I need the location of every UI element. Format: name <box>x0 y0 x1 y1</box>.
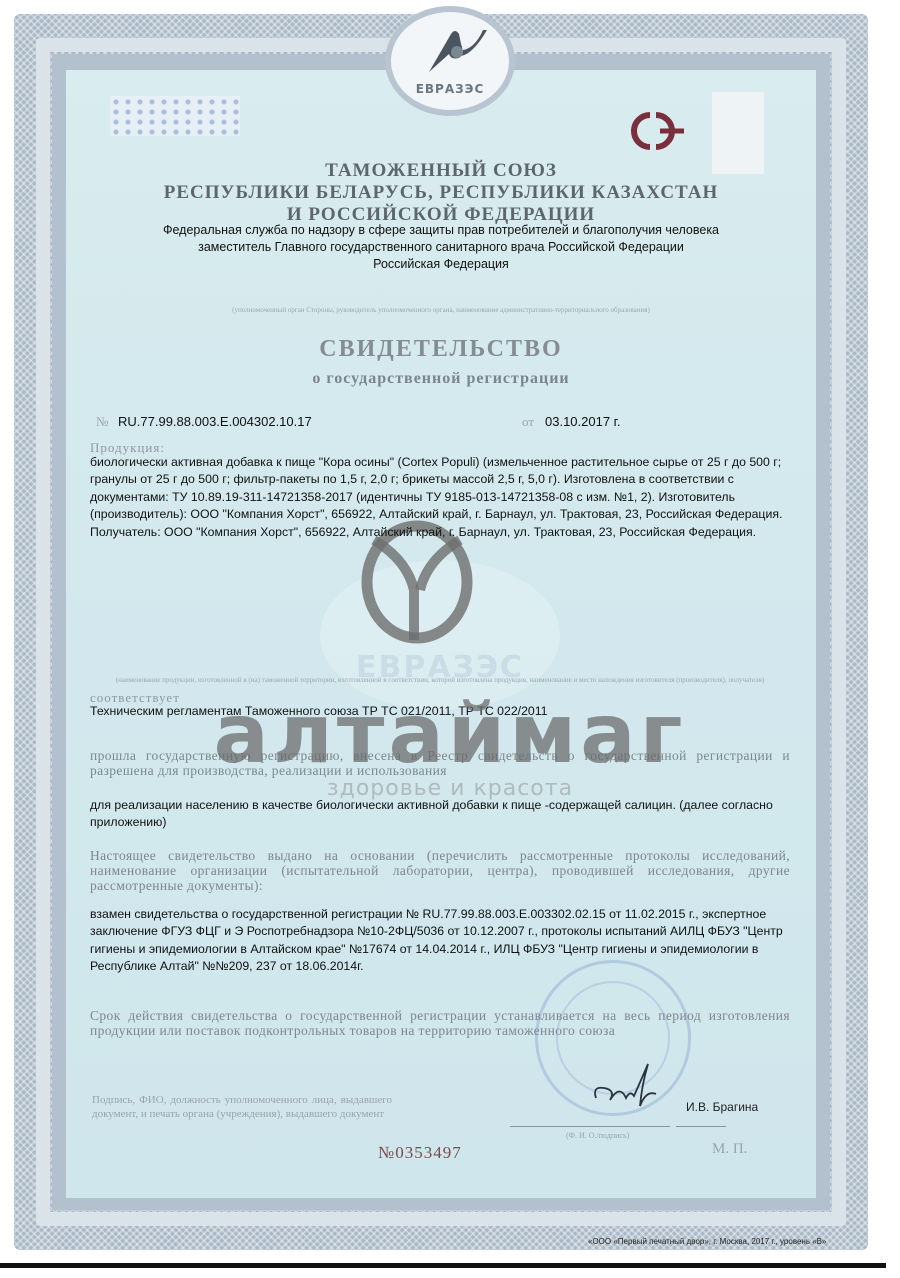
certificate-title: СВИДЕТЕЛЬСТВО <box>66 336 816 363</box>
date-prefix: от <box>522 414 534 430</box>
union-title-line: РЕСПУБЛИКИ БЕЛАРУСЬ, РЕСПУБЛИКИ КАЗАХСТА… <box>66 182 816 204</box>
basis-label: Настоящее свидетельство выдано на основа… <box>90 848 790 893</box>
eagle-figure-icon <box>421 24 491 79</box>
signer-name: И.В. Брагина <box>686 1100 758 1114</box>
validity-text: Срок действия свидетельства о государств… <box>90 1008 790 1038</box>
form-serial-number: №0353497 <box>378 1143 462 1163</box>
se-conformity-mark-icon <box>620 108 700 154</box>
bottom-rule <box>0 1263 886 1268</box>
printer-imprint: «ООО «Первый печатный двор», г. Москва, … <box>588 1237 826 1246</box>
seal-place-label: М. П. <box>712 1141 747 1158</box>
union-title: ТАМОЖЕННЫЙ СОЮЗ РЕСПУБЛИКИ БЕЛАРУСЬ, РЕС… <box>66 160 816 226</box>
registration-date: 03.10.2017 г. <box>545 414 620 429</box>
signature-icon <box>590 1060 670 1110</box>
registration-number: RU.77.99.88.003.Е.004302.10.17 <box>118 414 312 429</box>
number-prefix: № <box>96 414 108 430</box>
agency-line: Российская Федерация <box>66 256 816 273</box>
certificate-subtitle: о государственной регистрации <box>66 370 816 388</box>
watermark-tagline: здоровье и красота <box>0 776 900 801</box>
hologram-patch <box>110 96 240 136</box>
evrazes-logo: ЕВРАЗЭС <box>385 6 515 116</box>
product-caption: (наименование продукции, изготовленной в… <box>90 676 790 684</box>
signer-caption: Подпись, ФИО, должность уполномоченного … <box>92 1093 392 1121</box>
logo-text: ЕВРАЗЭС <box>391 82 509 96</box>
watermark-brand: алтаймаг <box>0 690 900 780</box>
signature-line <box>676 1126 726 1127</box>
signature-line-caption: (Ф. И. О./подпись) <box>566 1131 629 1140</box>
authority-caption: (уполномоченный орган Стороны, руководит… <box>66 306 816 314</box>
union-title-line: ТАМОЖЕННЫЙ СОЮЗ <box>66 160 816 182</box>
product-description: биологически активная добавка к пище "Ко… <box>90 454 795 541</box>
agency-line: заместитель Главного государственного са… <box>66 239 816 256</box>
agency-block: Федеральная служба по надзору в сфере за… <box>66 222 816 273</box>
basis-documents: взамен свидетельства о государственной р… <box>90 906 790 976</box>
usage-scope: для реализации населению в качестве биол… <box>90 797 790 832</box>
signature-line <box>510 1126 670 1127</box>
agency-line: Федеральная служба по надзору в сфере за… <box>66 222 816 239</box>
